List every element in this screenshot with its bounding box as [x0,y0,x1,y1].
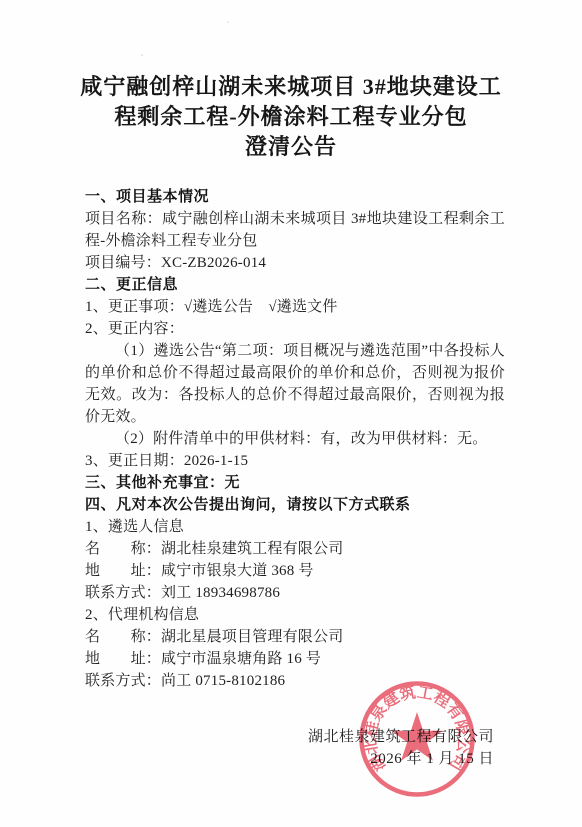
document-body: 一、项目基本情况 项目名称：咸宁融创梓山湖未来城项目 3#地块建设工程剩余工程-… [85,186,505,692]
signature-block: 湖北桂泉建筑工程有限公司 2026 年 1 月 15 日 [308,726,494,770]
section4-heading: 四、凡对本次公告提出询问，请按以下方式联系 [85,494,505,516]
correction-items-line: 1、更正事项：√遴选公告 √遴选文件 [85,296,505,318]
signature-company: 湖北桂泉建筑工程有限公司 [308,726,494,748]
correction-paragraph-2: （2）附件清单中的甲供材料：有，改为甲供材料：无。 [85,428,505,450]
section2-heading: 二、更正信息 [85,274,505,296]
agency-address: 地 址：咸宁市温泉塘角路 16 号 [85,648,505,670]
agency-info-heading: 2、代理机构信息 [85,604,505,626]
selector-name: 名 称：湖北桂泉建筑工程有限公司 [85,538,505,560]
page-title: 咸宁融创梓山湖未来城项目 3#地块建设工 程剩余工程-外檐涂料工程专业分包 澄清… [0,0,582,162]
selector-address: 地 址：咸宁市银泉大道 368 号 [85,560,505,582]
section1-heading: 一、项目基本情况 [85,186,505,208]
selector-info-heading: 1、遴选人信息 [85,516,505,538]
scan-speck [141,54,143,56]
title-line-3: 澄清公告 [0,132,582,162]
project-name: 项目名称：咸宁融创梓山湖未来城项目 3#地块建设工程剩余工程-外檐涂料工程专业分… [85,208,505,252]
title-line-2: 程剩余工程-外檐涂料工程专业分包 [0,102,582,132]
scanned-announcement-page: 咸宁融创梓山湖未来城项目 3#地块建设工 程剩余工程-外檐涂料工程专业分包 澄清… [0,0,582,827]
correction-paragraph-1: （1）遴选公告“第二项：项目概况与遴选范围”中各投标人的单价和总价不得超过最高限… [85,340,505,428]
correction-date: 3、更正日期：2026-1-15 [85,450,505,472]
correction-content-label: 2、更正内容： [85,318,505,340]
selector-contact: 联系方式：刘工 18934698786 [85,582,505,604]
scan-speck [227,21,229,23]
title-line-1: 咸宁融创梓山湖未来城项目 3#地块建设工 [0,72,582,102]
project-code: 项目编号：XC-ZB2026-014 [85,252,505,274]
agency-contact: 联系方式：尚工 0715-8102186 [85,670,505,692]
signature-date: 2026 年 1 月 15 日 [308,748,494,770]
section3-heading: 三、其他补充事宜：无 [85,472,505,494]
agency-name: 名 称：湖北星晨项目管理有限公司 [85,626,505,648]
